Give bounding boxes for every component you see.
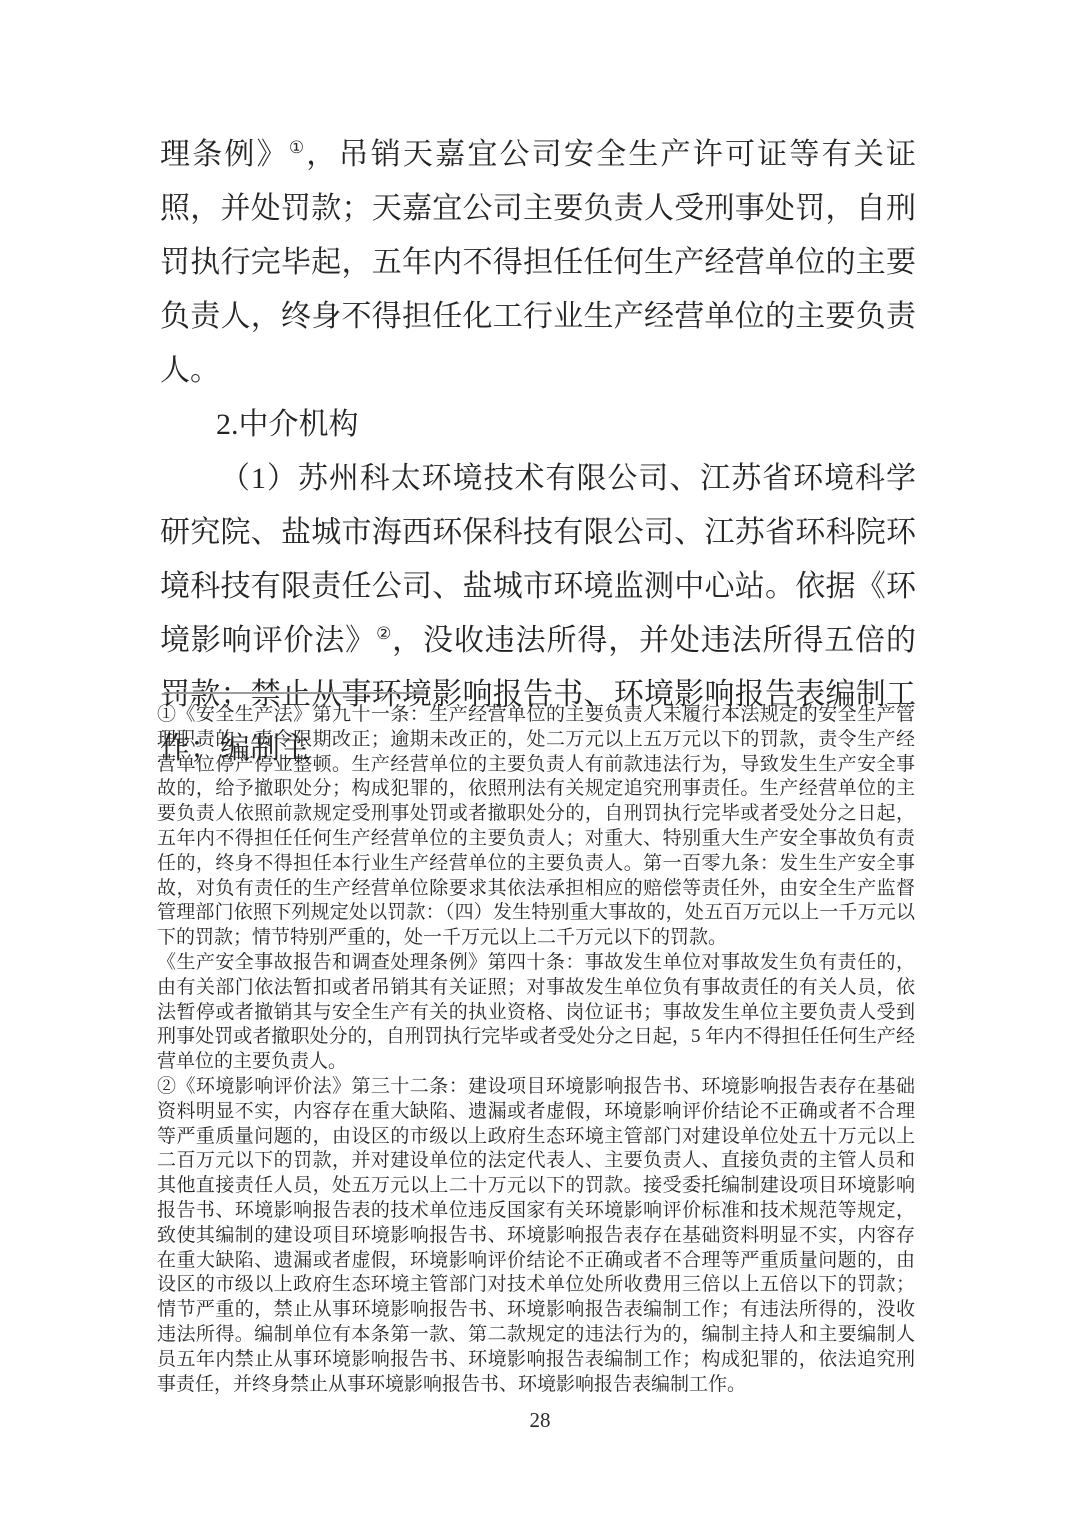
main-body-text: 理条例》①，吊销天嘉宜公司安全生产许可证等有关证照，并处罚款；天嘉宜公司主要负责… — [160, 128, 916, 776]
footnote-ref-2: ② — [376, 624, 392, 643]
page-number: 28 — [0, 1408, 1080, 1433]
footnote-1-paragraph-1: ①《安全生产法》第九十一条：生产经营单位的主要负责人未履行本法规定的安全生产管理… — [157, 703, 915, 951]
footnote-ref-1: ① — [289, 138, 306, 157]
footnote-1-paragraph-2: 《生产安全事故报告和调查处理条例》第四十条：事故发生单位对事故发生负有责任的，由… — [157, 951, 915, 1075]
document-page: 理条例》①，吊销天嘉宜公司安全生产许可证等有关证照，并处罚款；天嘉宜公司主要负责… — [0, 0, 1080, 1527]
footnote-separator — [164, 692, 424, 694]
section-heading: 2.中介机构 — [160, 398, 916, 452]
footnotes-section: ①《安全生产法》第九十一条：生产经营单位的主要负责人未履行本法规定的安全生产管理… — [157, 703, 915, 1397]
footnote-2-paragraph-1: ②《环境影响评价法》第三十二条：建设项目环境影响报告书、环境影响报告表存在基础资… — [157, 1075, 915, 1397]
body-paragraph-text: 理条例》 — [160, 138, 289, 171]
body-paragraph-text: ，吊销天嘉宜公司安全生产许可证等有关证照，并处罚款；天嘉宜公司主要负责人受刑事处… — [160, 138, 916, 387]
body-paragraph-continuation: 理条例》①，吊销天嘉宜公司安全生产许可证等有关证照，并处罚款；天嘉宜公司主要负责… — [160, 128, 916, 398]
